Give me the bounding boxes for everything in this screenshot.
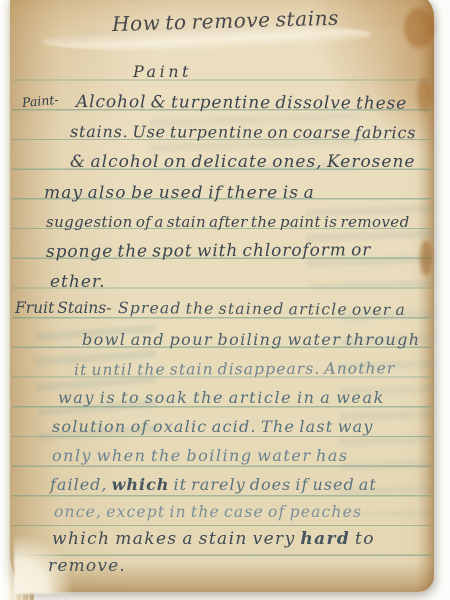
handwriting-line: solution of oxalic acid. The last way xyxy=(52,417,374,436)
paragraph-label-fruit-stains: Fruit Stains- xyxy=(15,299,111,317)
foxing-stain xyxy=(420,240,432,276)
handwriting-line: failed, which it rarely does if used at xyxy=(50,475,377,494)
handwriting-line: suggestion of a stain after the paint is… xyxy=(46,213,410,231)
handwriting-line: & alcohol on delicate ones, Kerosene xyxy=(70,152,415,172)
handwriting-line: Alcohol & turpentine dissolve these xyxy=(76,92,407,114)
handwriting-segment-emphasized: hard xyxy=(300,529,350,549)
section-heading-paint: Paint xyxy=(133,62,192,81)
foxing-stain xyxy=(417,78,431,112)
handwriting-line: stains. Use turpentine on coarse fabrics xyxy=(70,122,416,142)
notebook-photo: How to remove stains Paint Paint- Alcoho… xyxy=(0,0,450,600)
handwriting-segment-emphasized: which xyxy=(112,475,170,494)
handwriting-line: Spread the stained article over a xyxy=(118,299,406,319)
handwriting-segment: to xyxy=(350,529,375,549)
handwriting-line: remove. xyxy=(48,556,126,576)
handwriting-line: way is to soak the article in a weak xyxy=(58,388,385,407)
paragraph-label-paint: Paint- xyxy=(21,92,59,110)
handwriting-line: only when the boiling water has xyxy=(52,446,349,465)
handwriting-line: bowl and pour boiling water through xyxy=(82,330,420,349)
handwriting-line: may also be used if there is a xyxy=(44,183,315,203)
handwriting-segment: it rarely does if used at xyxy=(169,475,376,494)
handwriting-segment: which makes a stain very xyxy=(52,529,300,549)
foxing-stain xyxy=(404,8,434,48)
handwriting-line: ether. xyxy=(50,272,106,292)
handwriting-segment: failed, xyxy=(50,475,112,494)
handwriting-line: once, except in the case of peaches xyxy=(54,503,362,521)
handwriting-line: sponge the spot with chloroform or xyxy=(46,240,371,262)
handwriting-line: which makes a stain very hard to xyxy=(52,529,375,549)
handwriting-line: it until the stain disappears. Another xyxy=(74,359,395,379)
